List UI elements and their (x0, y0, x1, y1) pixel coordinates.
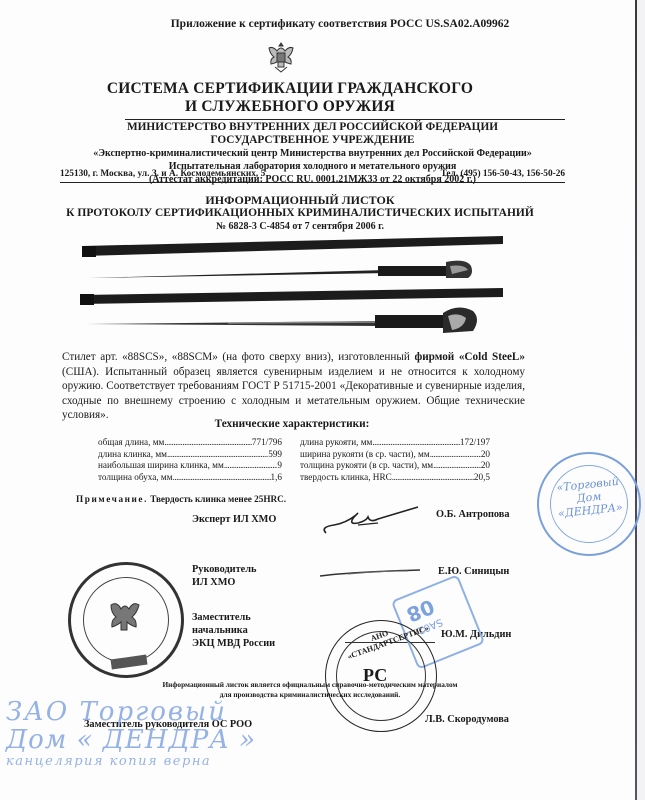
dot-leader (224, 460, 278, 472)
spec-value: 20 (481, 449, 490, 461)
title-line: Эксперт ИЛ ХМО (192, 513, 276, 526)
scabbard-icon (80, 288, 503, 305)
signature-title-deputy: Заместитель начальника ЭКЦ МВД России (192, 611, 275, 650)
specs-title: Технические характеристики: (62, 418, 522, 430)
info-sheet-subtitle: К ПРОТОКОЛУ СЕРТИФИКАЦИОННЫХ КРИМИНАЛИСТ… (60, 207, 540, 220)
spec-value: 771/796 (252, 437, 282, 449)
signature-title-expert: Эксперт ИЛ ХМО (192, 513, 276, 526)
specs-right-column: длина рукояти, мм172/197ширина рукояти (… (300, 437, 490, 483)
handwritten-signature (318, 505, 428, 540)
spec-value: 172/197 (460, 437, 490, 449)
note-label: Примечание. (76, 494, 148, 504)
page-edge-shadow (637, 0, 645, 800)
russian-coat-of-arms-icon (263, 40, 299, 74)
spec-row: общая длина, мм771/796 (98, 437, 282, 449)
signature-title-head: Руководитель ИЛ ХМО (192, 563, 256, 589)
dot-leader (372, 437, 460, 449)
stamp-line: канцелярия копия верна (6, 754, 256, 770)
blade-icon (88, 261, 472, 278)
dot-leader (173, 472, 271, 484)
signature-name: Е.Ю. Синицын (438, 566, 509, 577)
system-title-line-2: И СЛУЖЕБНОГО ОРУЖИЯ (60, 98, 520, 116)
center-name: «Экспертно-криминалистический центр Мини… (60, 147, 565, 160)
spec-label: длина рукояти, мм (300, 437, 372, 449)
spec-value: 20 (481, 460, 490, 472)
dendra-company-seal: «Торговый Дом «ДЕНДРА» (537, 452, 641, 556)
title-line: Заместитель (192, 611, 275, 624)
system-title-line-1: СИСТЕМА СЕРТИФИКАЦИИ ГРАЖДАНСКОГО (60, 80, 520, 98)
spec-label: длина клинка, мм (98, 449, 167, 461)
blade-icon (86, 307, 477, 333)
standartsertis-seal: АНО «СТАНДАРТСЕРТИС» РС (325, 620, 437, 732)
spec-value: 599 (268, 449, 282, 461)
spec-label: наибольшая ширина клинка, мм (98, 460, 224, 472)
product-description: Стилет арт. «88SCS», «88SCM» (на фото св… (62, 350, 525, 423)
brand-name: фирмой «Cold SteeL» (414, 351, 525, 363)
spec-row: длина клинка, мм599 (98, 449, 282, 461)
certified-copy-stamp: ЗАО Торговый Дом « ДЕНДРА » канцелярия к… (6, 698, 256, 770)
ministry-name: МИНИСТЕРСТВО ВНУТРЕННИХ ДЕЛ РОССИЙСКОЙ Ф… (60, 121, 565, 134)
note: Примечание. Твердость клинка менее 25HRC… (76, 494, 286, 504)
dot-leader (164, 437, 252, 449)
divider (60, 182, 565, 183)
spec-value: 9 (277, 460, 282, 472)
spec-row: толщина рукояти (в ср. части), мм20 (300, 460, 490, 472)
product-photo (78, 228, 508, 340)
contact-line: 125130, г. Москва, ул. З. и А. Космодемь… (60, 169, 565, 179)
mvd-official-seal (68, 562, 184, 678)
institution-type: ГОСУДАРСТВЕННОЕ УЧРЕЖДЕНИЕ (60, 134, 565, 147)
dot-leader (433, 460, 481, 472)
title-line: Руководитель (192, 563, 256, 576)
info-sheet-title: ИНФОРМАЦИОННЫЙ ЛИСТОК (60, 194, 540, 207)
note-text: Твердость клинка менее 25HRC. (150, 494, 286, 504)
title-line: ЭКЦ МВД России (192, 637, 275, 650)
stamp-line: ЗАО Торговый (6, 698, 256, 726)
spec-label: толщина обуха, мм (98, 472, 173, 484)
spec-row: твердость клинка, HRC20,5 (300, 472, 490, 484)
rosstandart-mark-icon: РС (363, 665, 387, 686)
spec-value: 1,6 (271, 472, 282, 484)
description-text: (США). Испытанный образец является сувен… (62, 366, 525, 422)
dot-leader (167, 449, 268, 461)
title-line: ИЛ ХМО (192, 576, 256, 589)
spec-row: длина рукояти, мм172/197 (300, 437, 490, 449)
double-headed-eagle-icon (105, 595, 145, 635)
title-line: начальника (192, 624, 275, 637)
description-text: Стилет арт. «88SCS», «88SCM» (на фото св… (62, 351, 414, 363)
spec-value: 20,5 (474, 472, 490, 484)
spec-label: ширина рукояти (в ср. части), мм (300, 449, 430, 461)
certificate-appendix-heading: Приложение к сертификату соответствия РО… (140, 18, 540, 30)
spec-row: ширина рукояти (в ср. части), мм20 (300, 449, 490, 461)
scabbard-icon (82, 236, 503, 257)
phone: Тел. (495) 156-50-43, 156-50-26 (441, 169, 565, 179)
dot-leader (392, 472, 474, 484)
handwritten-signature (318, 566, 428, 580)
signature-name: Л.В. Скородумова (425, 714, 509, 725)
spec-row: толщина обуха, мм1,6 (98, 472, 282, 484)
dot-leader (430, 449, 481, 461)
specs-left-column: общая длина, мм771/796длина клинка, мм59… (98, 437, 282, 483)
stamp-line: Дом « ДЕНДРА » (6, 726, 256, 754)
spec-label: твердость клинка, HRC (300, 472, 392, 484)
system-title: СИСТЕМА СЕРТИФИКАЦИИ ГРАЖДАНСКОГО И СЛУЖ… (60, 80, 520, 116)
divider (125, 119, 565, 120)
address: 125130, г. Москва, ул. З. и А. Космодемь… (60, 169, 265, 179)
page-edge (635, 0, 637, 800)
spec-row: наибольшая ширина клинка, мм9 (98, 460, 282, 472)
spec-label: толщина рукояти (в ср. части), мм (300, 460, 433, 472)
spec-label: общая длина, мм (98, 437, 164, 449)
signature-name: О.Б. Антропова (436, 509, 510, 520)
